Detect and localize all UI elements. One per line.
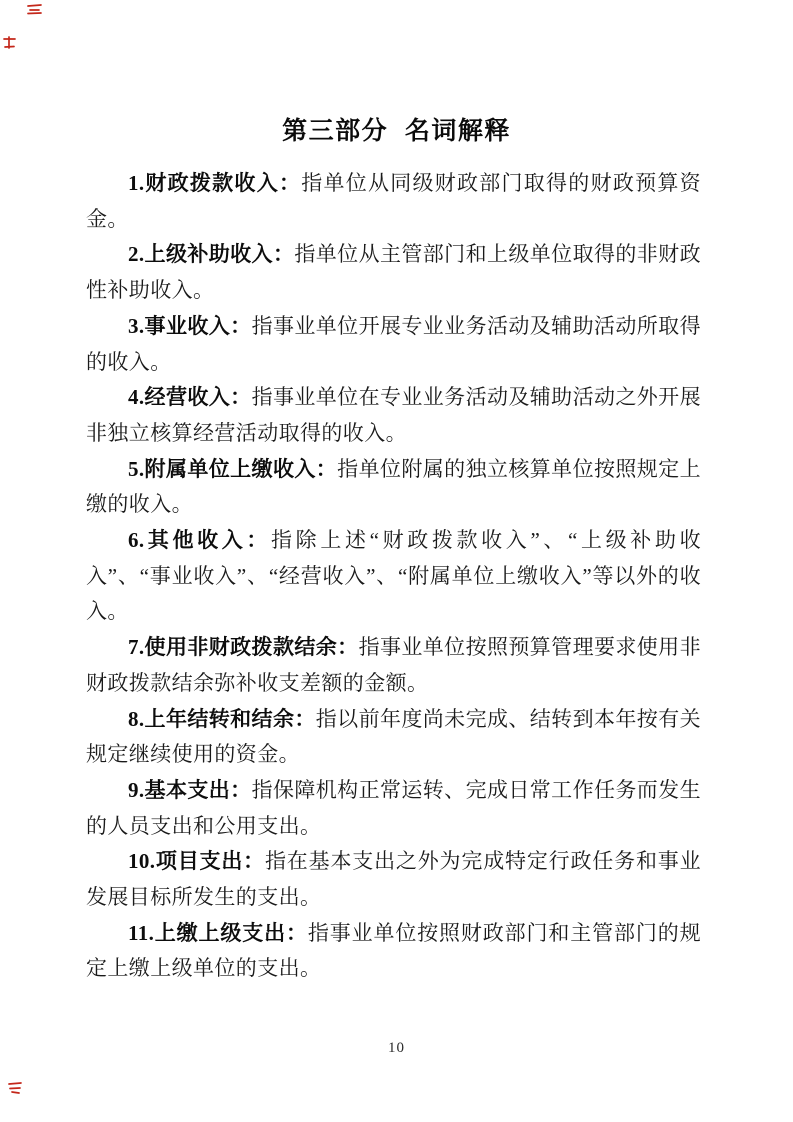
term-label-9: 9.基本支出：	[128, 778, 252, 802]
terms-list: 1.财政拨款收入：指单位从同级财政部门取得的财政预算资金。 2.上级补助收入：指…	[86, 166, 701, 987]
red-ink-mark-bottom-left-icon	[7, 1080, 23, 1096]
term-label-3: 3.事业收入：	[128, 314, 252, 338]
term-label-4: 4.经营收入：	[128, 385, 252, 409]
term-paragraph-5: 5.附属单位上缴收入：指单位附属的独立核算单位按照规定上缴的收入。	[86, 452, 701, 523]
term-paragraph-1: 1.财政拨款收入：指单位从同级财政部门取得的财政预算资金。	[86, 166, 701, 237]
term-paragraph-2: 2.上级补助收入：指单位从主管部门和上级单位取得的非财政性补助收入。	[86, 237, 701, 308]
term-paragraph-6: 6.其他收入：指除上述“财政拨款收入”、“上级补助收入”、“事业收入”、“经营收…	[86, 523, 701, 630]
term-paragraph-11: 11.上缴上级支出：指事业单位按照财政部门和主管部门的规定上缴上级单位的支出。	[86, 916, 701, 987]
term-label-1: 1.财政拨款收入：	[128, 171, 301, 195]
term-paragraph-3: 3.事业收入：指事业单位开展专业业务活动及辅助活动所取得的收入。	[86, 309, 701, 380]
term-label-11: 11.上缴上级支出：	[128, 921, 308, 945]
term-paragraph-10: 10.项目支出：指在基本支出之外为完成特定行政任务和事业发展目标所发生的支出。	[86, 844, 701, 915]
term-label-10: 10.项目支出：	[128, 849, 265, 873]
term-label-7: 7.使用非财政拨款结余：	[128, 635, 359, 659]
term-label-5: 5.附属单位上缴收入：	[128, 457, 337, 481]
term-label-2: 2.上级补助收入：	[128, 242, 294, 266]
term-paragraph-4: 4.经营收入：指事业单位在专业业务活动及辅助活动之外开展非独立核算经营活动取得的…	[86, 380, 701, 451]
term-paragraph-9: 9.基本支出：指保障机构正常运转、完成日常工作任务而发生的人员支出和公用支出。	[86, 773, 701, 844]
page-number: 10	[0, 1040, 793, 1057]
term-label-6: 6.其他收入：	[128, 528, 271, 552]
page-title: 第三部分 名词解释	[0, 0, 793, 147]
term-label-8: 8.上年结转和结余：	[128, 707, 316, 731]
term-paragraph-8: 8.上年结转和结余：指以前年度尚未完成、结转到本年按有关规定继续使用的资金。	[86, 702, 701, 773]
document-page: 第三部分 名词解释 1.财政拨款收入：指单位从同级财政部门取得的财政预算资金。 …	[0, 0, 793, 1122]
term-paragraph-7: 7.使用非财政拨款结余：指事业单位按照预算管理要求使用非财政拨款结余弥补收支差额…	[86, 630, 701, 701]
